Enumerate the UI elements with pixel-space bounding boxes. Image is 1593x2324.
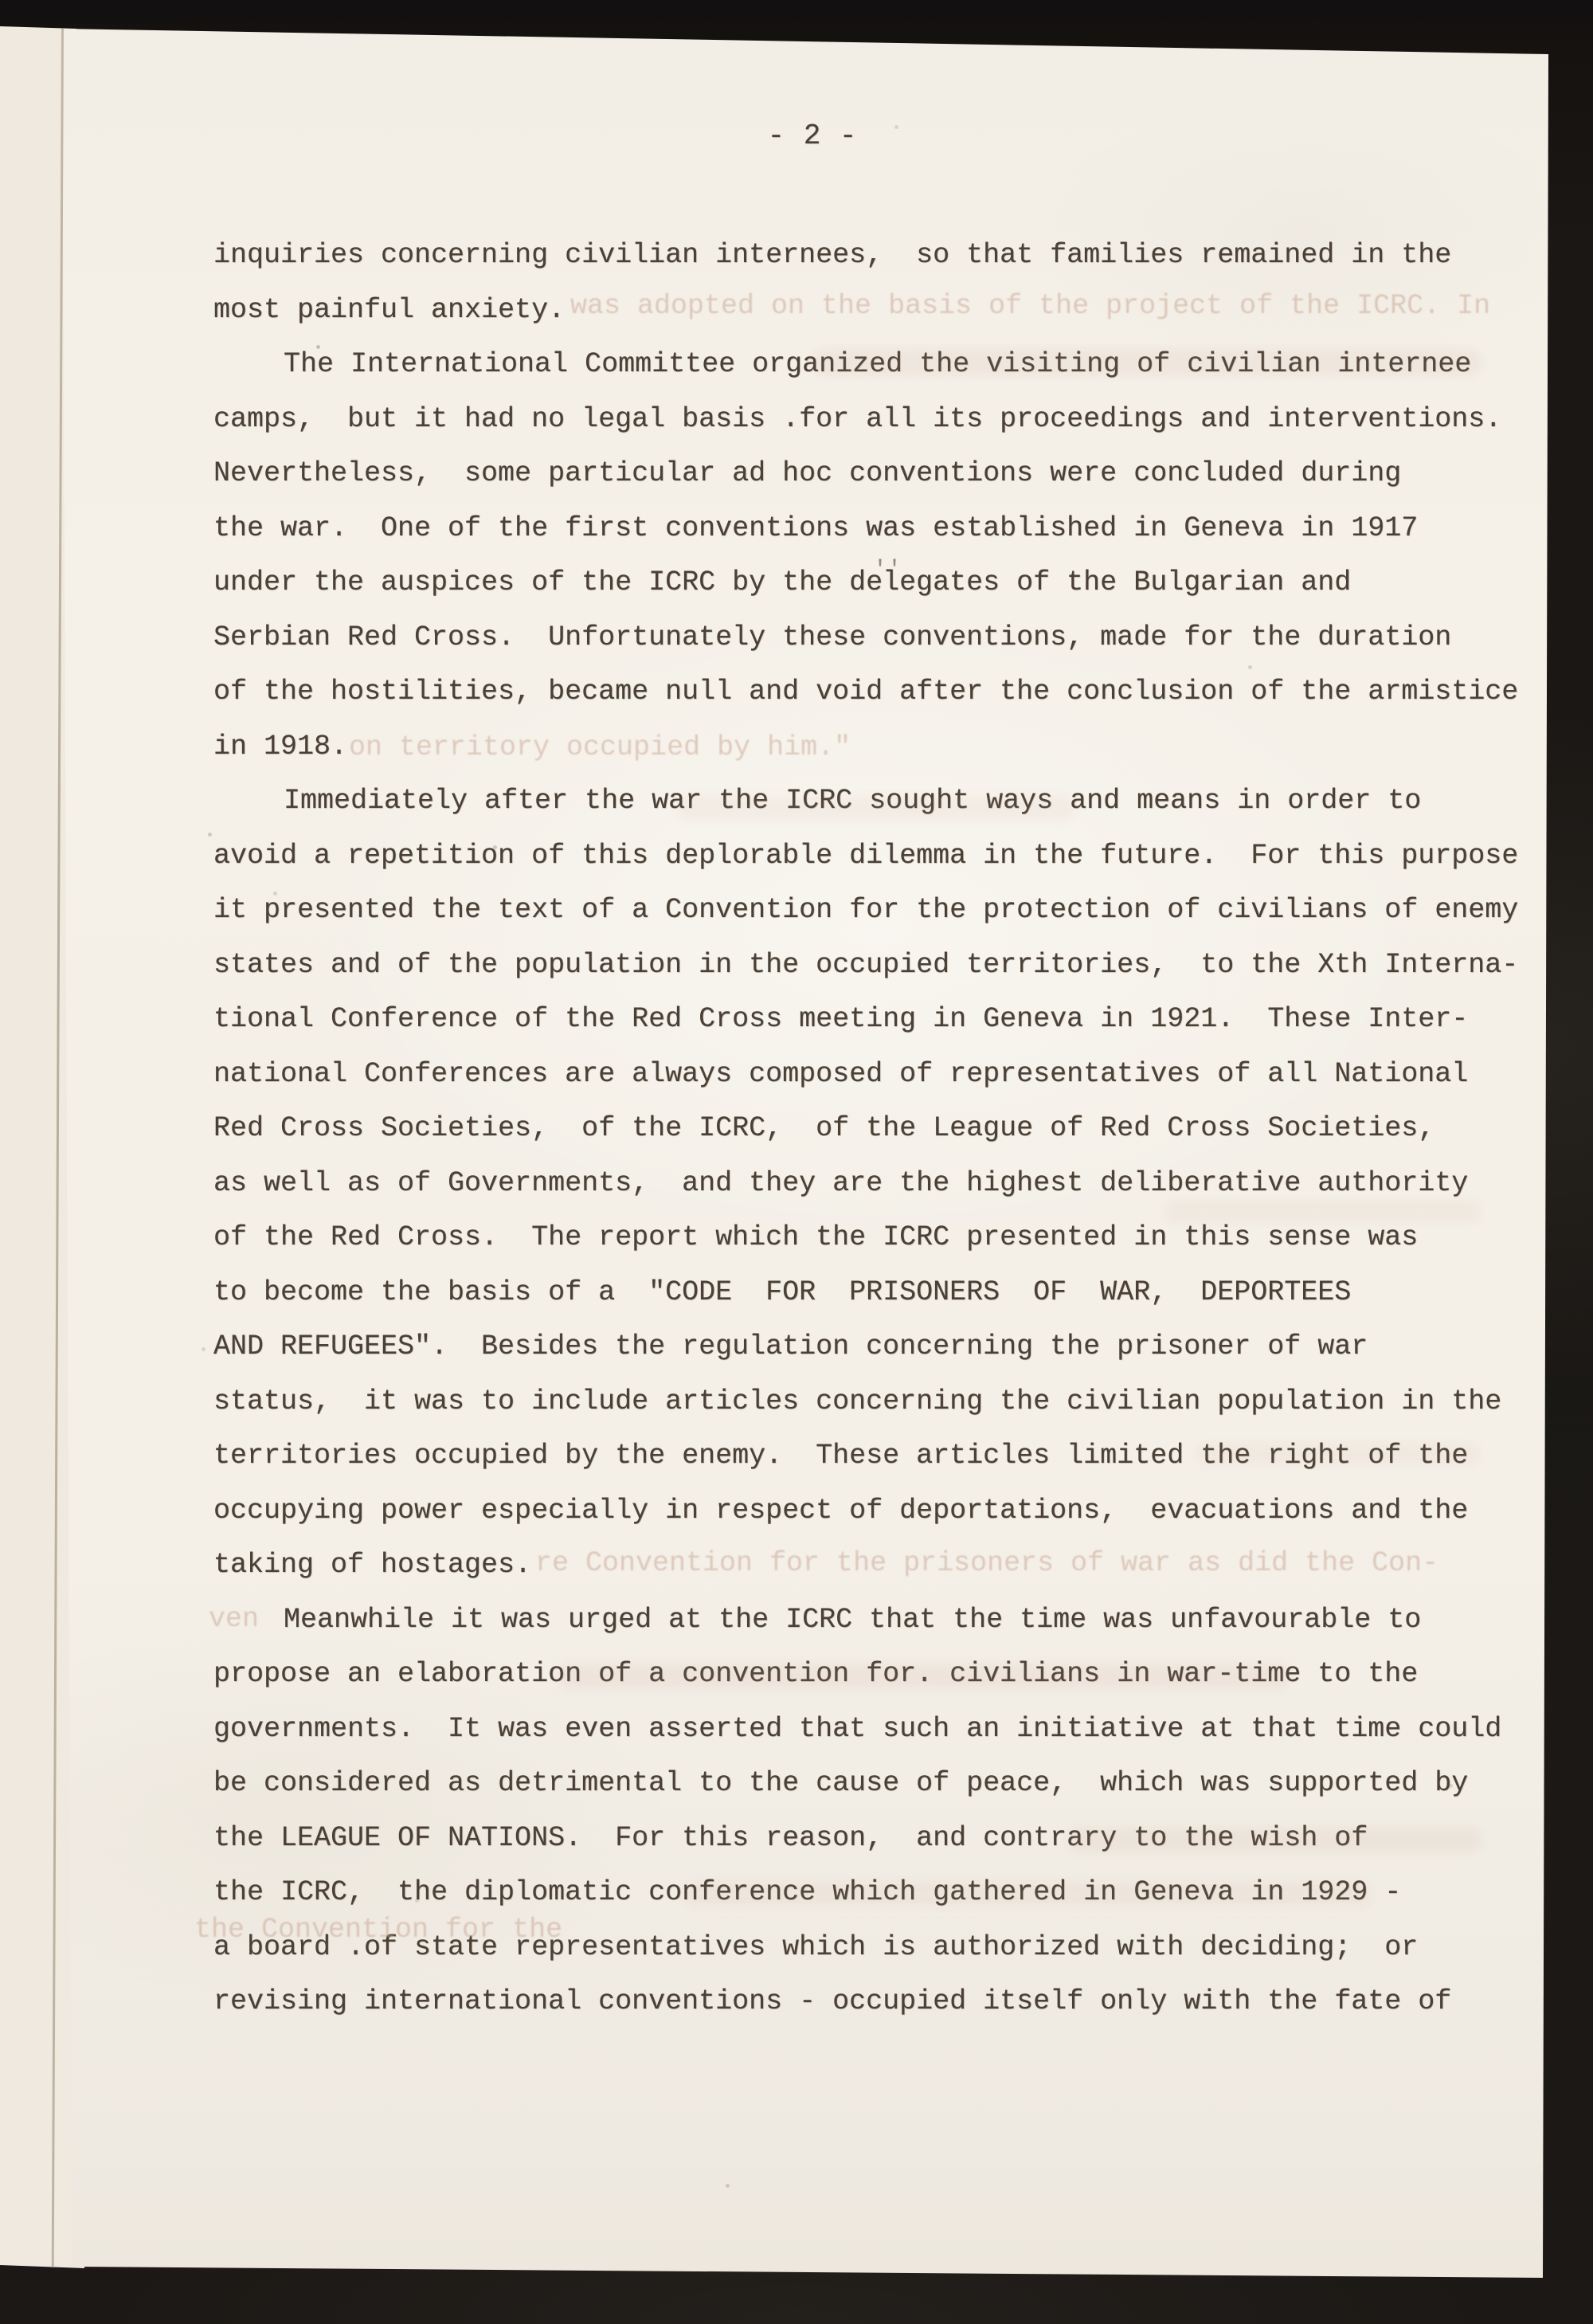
ghost-text-line: was adopted on the basis of the project …: [570, 290, 1490, 322]
scanned-page-photo: - 2 - inquiries concerning civilian inte…: [0, 0, 1593, 2324]
text-line: national Conferences are always composed…: [213, 1047, 1472, 1102]
page-content: - 2 - inquiries concerning civilian inte…: [0, 0, 1593, 2324]
text-line: be considered as detrimental to the caus…: [213, 1756, 1472, 1811]
ghost-text-line: re Convention for the prisoners of war a…: [535, 1547, 1438, 1579]
page-number: - 2 -: [725, 120, 900, 152]
text-line: AND REFUGEES". Besides the regulation co…: [213, 1319, 1472, 1374]
bleedthrough-smudge: [685, 1882, 1370, 1906]
text-block: inquiries concerning civilian internees,…: [213, 228, 1472, 2029]
text-line: status, it was to include articles conce…: [213, 1374, 1472, 1429]
text-line: to become the basis of a "CODE FOR PRISO…: [213, 1265, 1472, 1320]
text-line: under the auspices of the ICRC by the de…: [213, 555, 1472, 610]
text-line: Red Cross Societies, of the ICRC, of the…: [213, 1101, 1472, 1156]
text-line: Serbian Red Cross. Unfortunately these c…: [213, 610, 1472, 665]
text-line: inquiries concerning civilian internees,…: [213, 228, 1472, 283]
text-line: occupying power especially in respect of…: [213, 1483, 1472, 1538]
text-line: avoid a repetition of this deplorable di…: [213, 829, 1472, 884]
bleedthrough-smudge: [812, 349, 1481, 376]
text-line: states and of the population in the occu…: [213, 938, 1472, 993]
ghost-text-line: the Convention for the: [194, 1914, 562, 1946]
bleedthrough-smudge: [558, 1664, 1290, 1689]
ghost-text-line: on territory occupied by him.": [349, 731, 851, 763]
bleedthrough-smudge: [1163, 1200, 1481, 1224]
text-line: it presented the text of a Convention fo…: [213, 883, 1472, 938]
ghost-text-line: ven: [209, 1603, 259, 1635]
text-line: camps, but it had no legal basis .for al…: [213, 392, 1472, 447]
text-line: Meanwhile it was urged at the ICRC that …: [213, 1593, 1472, 1648]
pencil-mark: ′′: [873, 555, 902, 586]
bleedthrough-smudge: [1195, 1442, 1481, 1466]
text-line: revising international conventions - occ…: [213, 1974, 1472, 2029]
bleedthrough-smudge: [1067, 1828, 1481, 1852]
text-line: of the hostilities, became null and void…: [213, 664, 1472, 719]
bleedthrough-smudge: [677, 797, 1075, 821]
dust-speckles: [0, 0, 2, 2]
text-line: tional Conference of the Red Cross meeti…: [213, 992, 1472, 1047]
text-line: the war. One of the first conventions wa…: [213, 501, 1472, 556]
text-line: governments. It was even asserted that s…: [213, 1702, 1472, 1757]
text-line: Nevertheless, some particular ad hoc con…: [213, 446, 1472, 501]
